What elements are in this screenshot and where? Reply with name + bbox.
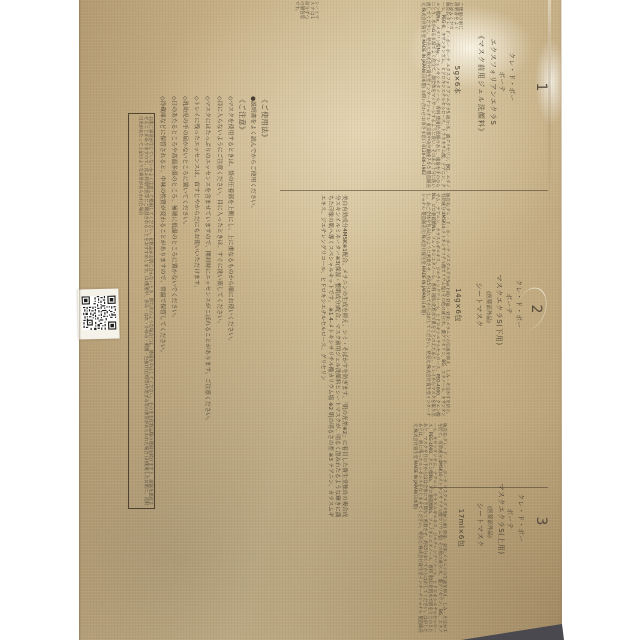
caution-header: 《ご注意》 xyxy=(236,96,247,535)
section-3-number: 3 xyxy=(533,509,549,533)
printed-label-plane: 1 クレ・ド・ポー ボーテ エクスフォリアンエクラS 《マスク前用ジェル洗顔料》… xyxy=(78,0,562,640)
qr-code-icon xyxy=(82,296,117,331)
usage-header: 《ご使用法》 xyxy=(259,96,270,535)
section-2-classification: (医薬部外品) xyxy=(485,267,493,347)
caution-line: ◇トレイに残ったエッセンスは、首すじやからだにもお使いいただけます。 xyxy=(191,96,202,535)
section-3-classification: (医薬部外品) xyxy=(486,482,494,562)
product-box-photo: 1 クレ・ド・ポー ボーテ エクスフォリアンエクラS 《マスク前用ジェル洗顔料》… xyxy=(0,0,640,640)
qr-label xyxy=(77,288,119,339)
section-3-brand-line1: クレ・ド・ポー xyxy=(517,478,526,558)
section-1-product-name: エクスフォリアンエクラS xyxy=(488,22,498,142)
warning-box: お肌に異常が生じていないかよく注意して使用してください。化粧品がお肌に合わないと… xyxy=(128,113,155,509)
section-1-number: 1 xyxy=(533,77,549,97)
description-fragment: シートマスクは1回分ずつの個包装です。 xyxy=(281,1,319,19)
section-1-brand-line2: ボーテ xyxy=(498,42,507,122)
box-crease xyxy=(548,0,551,215)
usage-and-caution-notes: 《ご使用法》 ●説明書をよく読んでからご使用ください。 《ご注意》 ◇マスクを使… xyxy=(150,96,270,536)
caution-line: ◇マスクを使用するときは、袋の圧着部を上側にし、上に重なるものから順にお使いくだ… xyxy=(225,96,236,535)
section-1-quantity: 5g×6本 xyxy=(452,50,462,110)
caution-line: ◇乳幼児の手の届かないところに置いてください。 xyxy=(180,96,191,535)
usage-line: ●説明書をよく読んでからご使用ください。 xyxy=(247,96,258,535)
section-3-quantity: 17ml×6包 xyxy=(456,498,466,558)
section-1-subtitle: 《マスク前用ジェル洗顔料》 xyxy=(476,24,486,144)
section-3-product-name: マスクエクラS(上用) xyxy=(496,459,506,579)
caution-line: ◇マスクにはたっぷりのエッセンスを含ませていますので、開封時にエッセンスがこぼれ… xyxy=(202,96,213,535)
section-3-fine-print: 販売名:クレ・ド・ポー ボーテ マスクエクラSb(上用) 効能・効果:メラニンの… xyxy=(350,423,447,633)
section-1-fine-print-head: ご使用の前に説明書をよくお読みください。本品は医薬部外品ではありません。 xyxy=(450,2,463,30)
box-left-edge xyxy=(79,0,81,640)
section-2-quantity: 14g×6包 xyxy=(453,275,463,335)
section-1-brand-line1: クレ・ド・ポー xyxy=(508,37,517,117)
section-2-product-name: マスクエクラS(下用) xyxy=(494,250,504,370)
section-divider-1-2 xyxy=(280,190,548,191)
caution-line: ◇日のあたるところや高温多湿のところ、極端に低温のところに置かないでください。 xyxy=(168,96,179,535)
caution-line: ◇冷蔵庫などに保管されると、中味の性質が変わることがありますので、常温で保管して… xyxy=(157,96,168,535)
section-2-fine-print: 販売名:クレ・ド・ポー ボーテ マスクエクラSa(下用) 効能・効果:メラニンの… xyxy=(350,193,450,417)
section-2-brand-line2: ボーテ xyxy=(505,264,514,344)
section-3-type: シートマスク xyxy=(475,485,485,565)
box-right-edge xyxy=(559,0,562,628)
product-description: 美白有効成分4MSK※1配合。メラニンの生成を抑え、シミ・そばかすを防ぎます。「… xyxy=(280,195,348,517)
caution-line: ◇目に入らないようにご注意ください。目に入ったときは、すぐに洗い流してください。 xyxy=(213,96,224,535)
section-1-fine-print: 販売名:クレ・ド・ポー ボーテ エクスフォリアンエクラS 成分:水、濃グリセリン… xyxy=(396,2,450,188)
section-2-type: シートマスク xyxy=(474,265,484,345)
section-3-brand-line2: ボーテ xyxy=(506,479,515,559)
